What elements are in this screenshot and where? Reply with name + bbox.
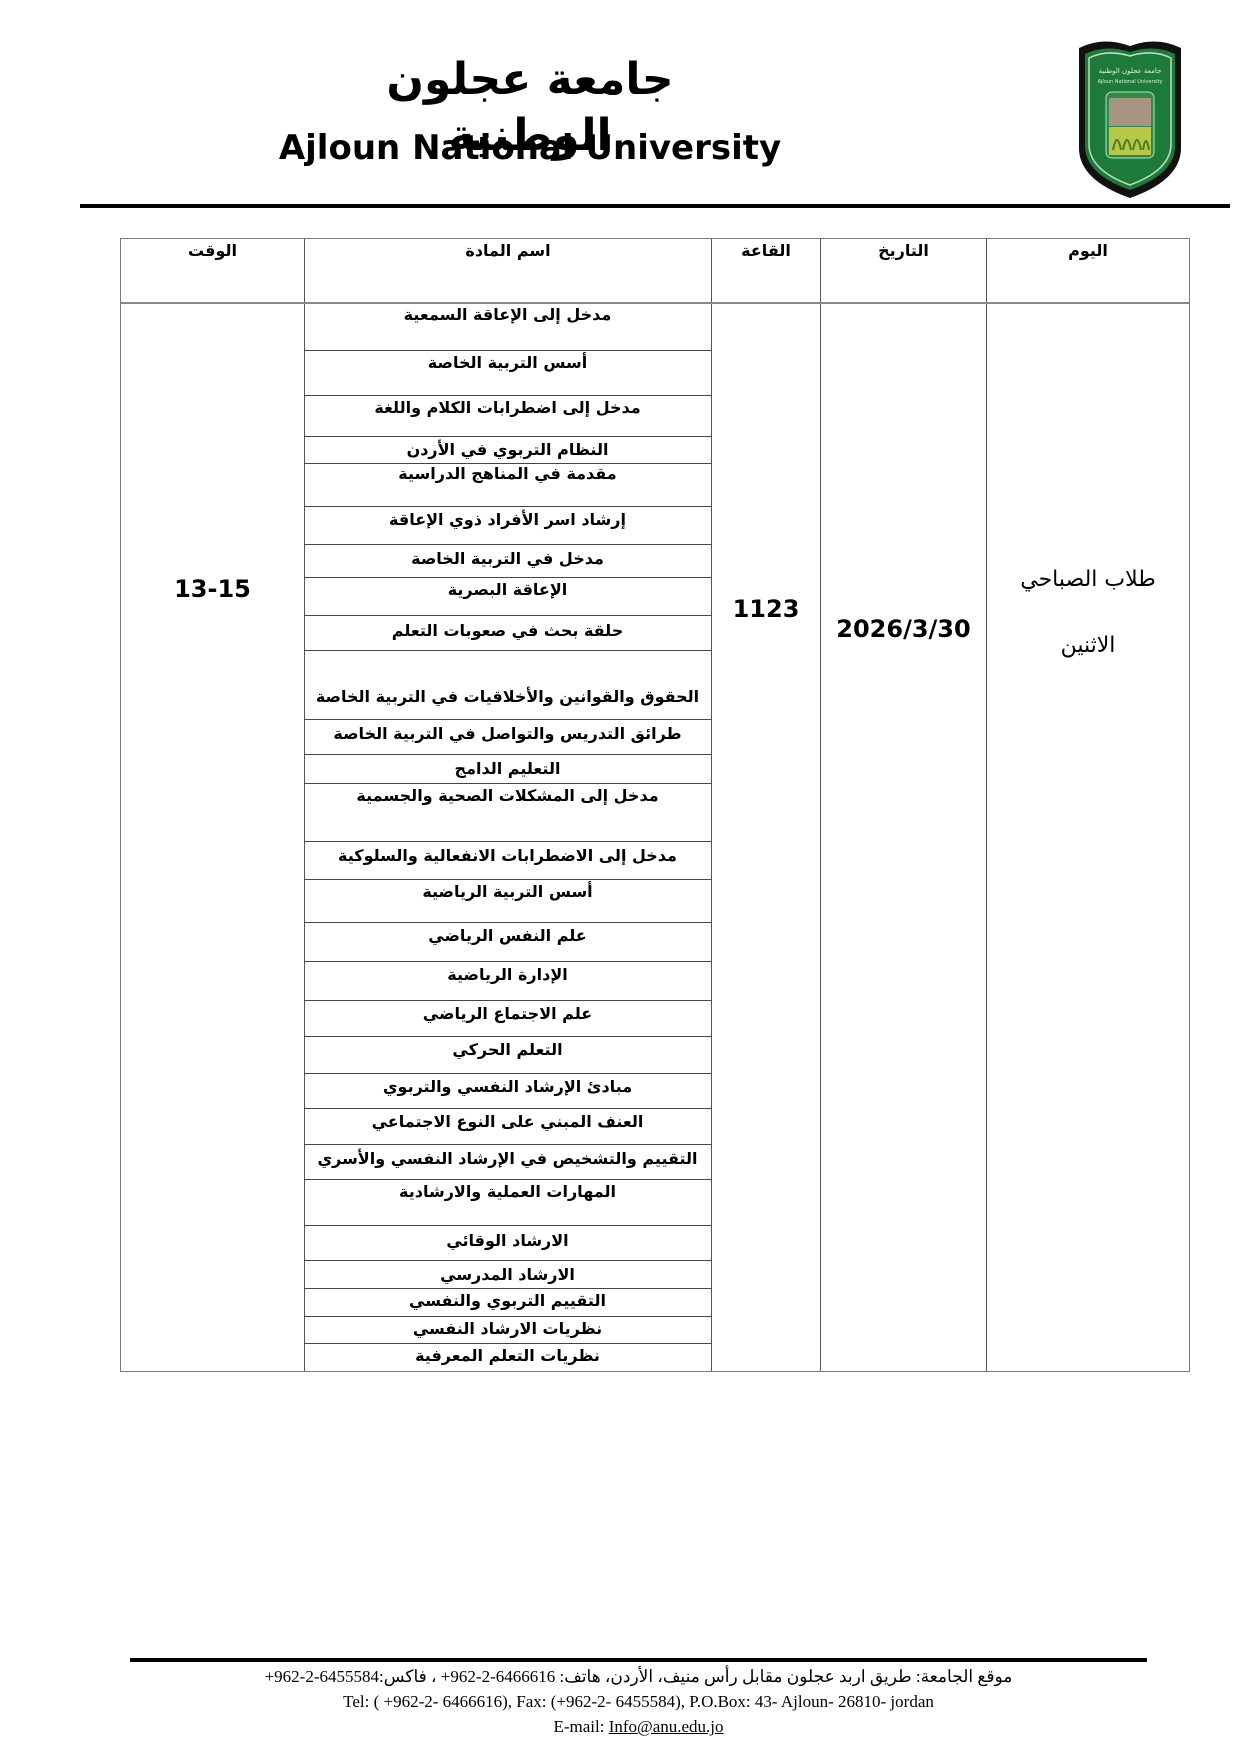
subject-row: نظريات التعلم المعرفية [304, 1344, 711, 1371]
subject-row: التعليم الدامج [304, 755, 711, 784]
subject-row: الإعاقة البصرية [304, 578, 711, 616]
subject-row: حلقة بحث في صعوبات التعلم [304, 616, 711, 651]
svg-text:Ajloun National University: Ajloun National University [1098, 79, 1163, 85]
subject-row: مدخل إلى الإعاقة السمعية [304, 303, 711, 351]
footer-divider [130, 1658, 1147, 1662]
university-name-english: Ajloun National University [270, 126, 790, 170]
footer-contact-english: Tel: ( +962-2- 6466616), Fax: (+962-2- 6… [130, 1691, 1147, 1713]
subject-row: علم الاجتماع الرياضي [304, 1001, 711, 1037]
subject-row: التعلم الحركي [304, 1037, 711, 1074]
exam-hall: 1123 [712, 589, 820, 629]
subject-row: الارشاد الوقائي [304, 1226, 711, 1261]
exam-schedule-table: اليوم التاريخ القاعة اسم المادة الوقت طل… [120, 238, 1190, 1372]
subject-row: مدخل إلى الاضطرابات الانفعالية والسلوكية [304, 842, 711, 880]
subject-row: العنف المبني على النوع الاجتماعي [304, 1109, 711, 1145]
subject-row: مقدمة في المناهج الدراسية [304, 464, 711, 507]
subject-row: مبادئ الإرشاد النفسي والتربوي [304, 1074, 711, 1109]
header-divider [80, 204, 1230, 208]
column-divider [711, 239, 712, 1371]
exam-date: 2026/3/30 [821, 609, 986, 649]
footer-address-arabic: موقع الجامعة: طريق اربد عجلون مقابل رأس … [130, 1666, 1147, 1688]
subject-row: التقييم التربوي والنفسي [304, 1289, 711, 1317]
subject-row: أسس التربية الرياضية [304, 880, 711, 923]
subject-row: أسس التربية الخاصة [304, 351, 711, 396]
subject-row: طرائق التدريس والتواصل في التربية الخاصة [304, 720, 711, 755]
svg-text:جامعة عجلون الوطنية: جامعة عجلون الوطنية [1099, 67, 1162, 75]
subject-row: مدخل إلى اضطرابات الكلام واللغة [304, 396, 711, 437]
subject-row: النظام التربوي في الأردن [304, 437, 711, 464]
subject-row: علم النفس الرياضي [304, 923, 711, 962]
email-label: E-mail: [553, 1717, 608, 1736]
subject-row: نظريات الارشاد النفسي [304, 1317, 711, 1344]
day-name: الاثنين [987, 625, 1189, 665]
subject-row: مدخل إلى المشكلات الصحية والجسمية [304, 784, 711, 842]
column-header-hall: القاعة [712, 241, 820, 260]
column-header-day: اليوم [987, 241, 1189, 260]
university-crest-icon: جامعة عجلون الوطنية Ajloun National Univ… [1073, 30, 1187, 202]
day-group-label: طلاب الصباحي [987, 559, 1189, 599]
subject-row: المهارات العملية والارشادية [304, 1180, 711, 1226]
column-divider [820, 239, 821, 1371]
column-divider [986, 239, 987, 1371]
subject-row: الارشاد المدرسي [304, 1261, 711, 1289]
footer-email: E-mail: Info@anu.edu.jo [130, 1716, 1147, 1738]
column-header-subject: اسم المادة [305, 241, 711, 260]
subject-row: الحقوق والقوانين والأخلاقيات في التربية … [304, 651, 711, 720]
subject-row: التقييم والتشخيص في الإرشاد النفسي والأس… [304, 1145, 711, 1180]
subject-row: مدخل في التربية الخاصة [304, 545, 711, 578]
email-link[interactable]: Info@anu.edu.jo [609, 1717, 724, 1736]
subject-row: الإدارة الرياضية [304, 962, 711, 1001]
column-header-time: الوقت [121, 241, 304, 260]
exam-time: 13-15 [121, 569, 304, 609]
subject-row: إرشاد اسر الأفراد ذوي الإعاقة [304, 507, 711, 545]
column-header-date: التاريخ [821, 241, 986, 260]
